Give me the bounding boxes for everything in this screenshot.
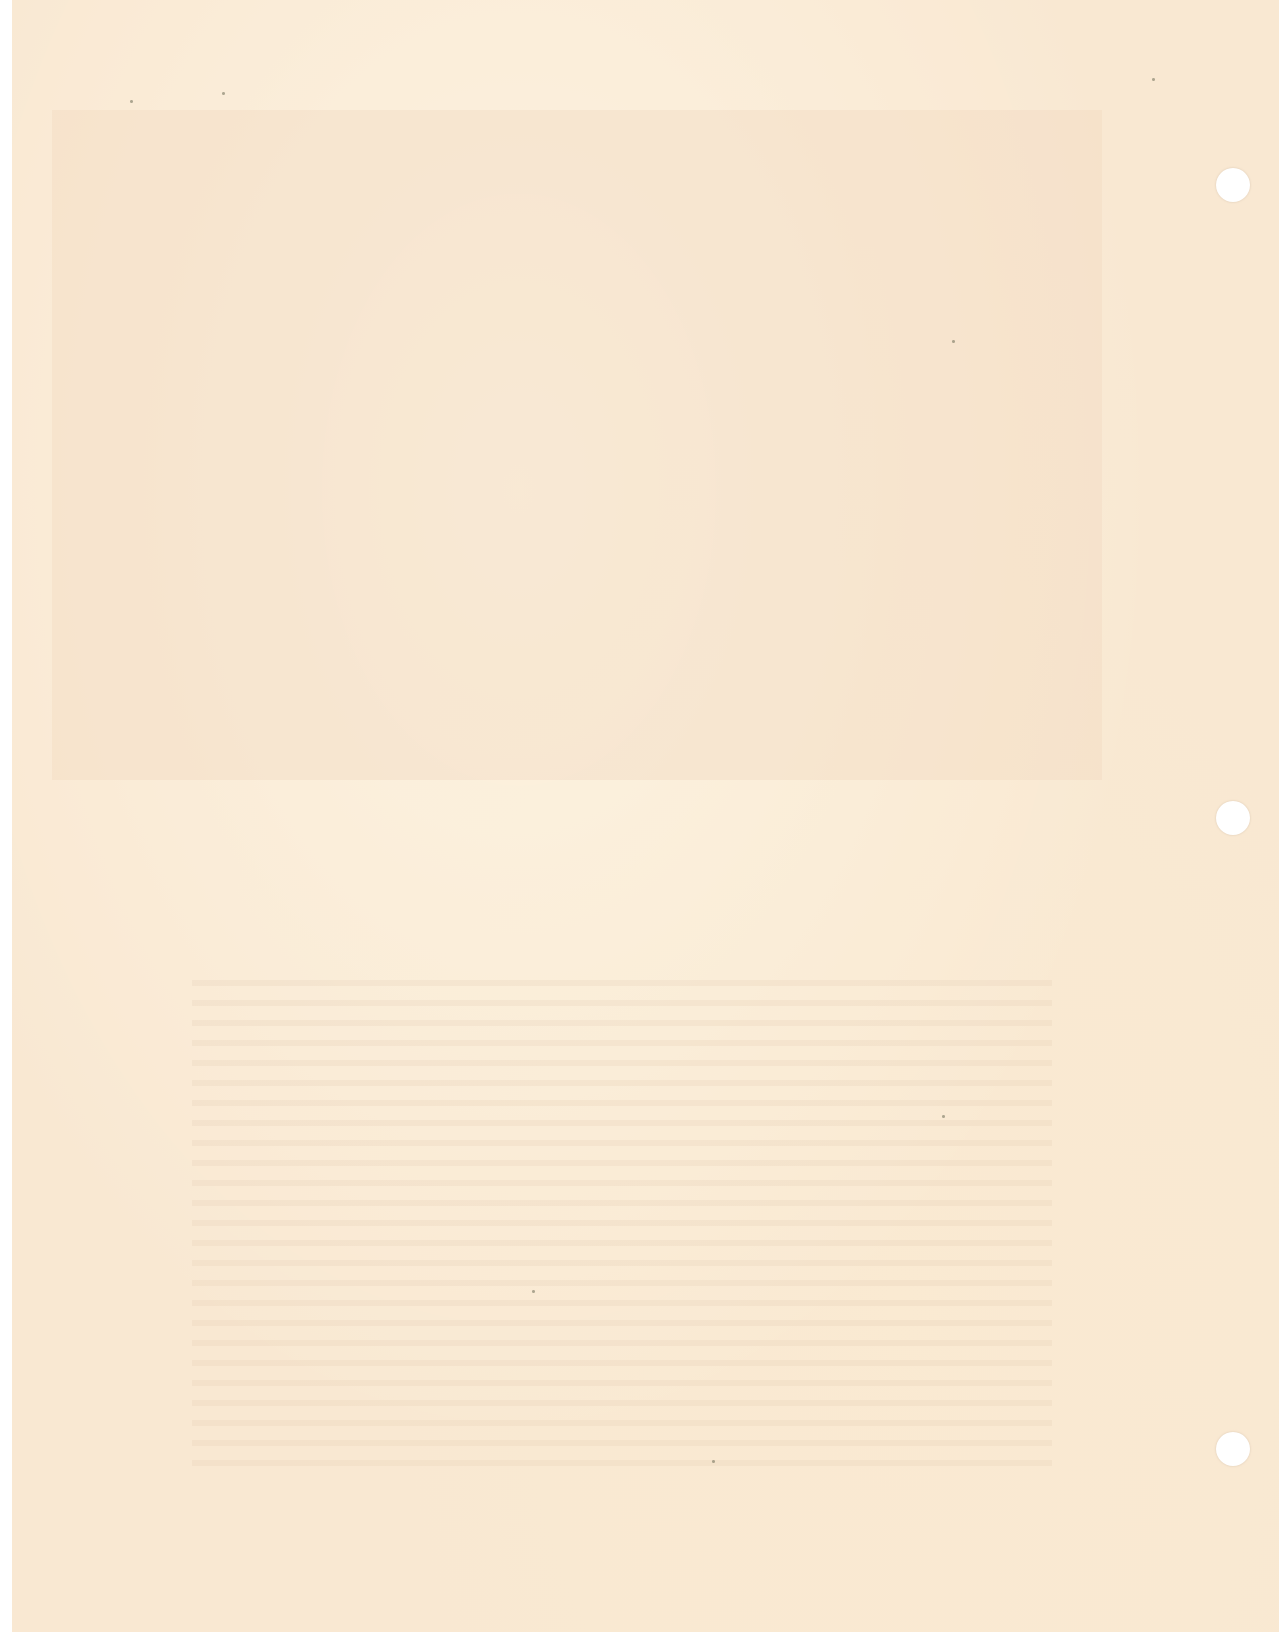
binder-hole xyxy=(1216,168,1250,202)
paper-speck xyxy=(1152,78,1155,81)
bleed-through-illustration xyxy=(52,110,1102,780)
binder-hole xyxy=(1216,801,1250,835)
paper-speck xyxy=(222,92,225,95)
paper-speck xyxy=(532,1290,535,1293)
paper-speck xyxy=(942,1115,945,1118)
binder-hole xyxy=(1216,1432,1250,1466)
paper-speck xyxy=(130,100,133,103)
paper-speck xyxy=(712,1460,715,1463)
scanned-blank-page xyxy=(12,0,1279,1632)
paper-speck xyxy=(952,340,955,343)
bleed-through-text xyxy=(192,980,1052,1480)
